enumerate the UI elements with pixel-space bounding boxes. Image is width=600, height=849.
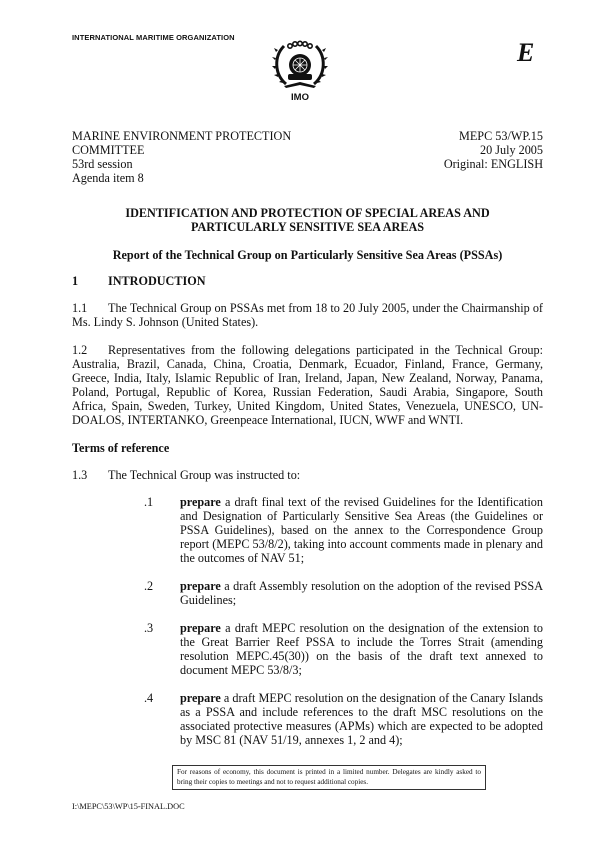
list-item: .2 prepare a draft Assembly resolution o… [144,579,543,607]
item-number: .4 [144,691,153,705]
language-code: E [517,38,534,68]
list-item: .1 prepare a draft final text of the rev… [144,495,543,565]
paragraph-number: 1.3 [72,468,108,482]
original-language: Original: ENGLISH [444,157,543,171]
paragraph-1-1: 1.1The Technical Group on PSSAs met from… [72,301,543,329]
section-heading: 1INTRODUCTION [72,274,206,289]
item-verb: prepare [180,495,221,509]
list-item: .4 prepare a draft MEPC resolution on th… [144,691,543,747]
terms-of-reference-heading: Terms of reference [72,441,169,456]
agenda-item: Agenda item 8 [72,171,291,185]
item-text: a draft final text of the revised Guidel… [180,495,543,565]
list-item: .3 prepare a draft MEPC resolution on th… [144,621,543,677]
document-date: 20 July 2005 [444,143,543,157]
committee-name-line2: COMMITTEE [72,143,291,157]
section-title: INTRODUCTION [108,274,206,288]
item-number: .1 [144,495,153,509]
committee-block: MARINE ENVIRONMENT PROTECTION COMMITTEE … [72,129,291,185]
section-number: 1 [72,274,108,289]
committee-name-line1: MARINE ENVIRONMENT PROTECTION [72,129,291,143]
item-verb: prepare [180,579,221,593]
title-line1: IDENTIFICATION AND PROTECTION OF SPECIAL… [72,206,543,220]
imo-emblem-icon [270,34,330,94]
paragraph-number: 1.1 [72,301,108,315]
paragraph-1-3: 1.3The Technical Group was instructed to… [72,468,543,482]
item-text: a draft MEPC resolution on the designati… [180,691,543,747]
item-text: a draft MEPC resolution on the designati… [180,621,543,677]
organization-name: INTERNATIONAL MARITIME ORGANIZATION [72,33,235,42]
paragraph-text: The Technical Group was instructed to: [108,468,300,482]
paragraph-text: The Technical Group on PSSAs met from 18… [72,301,543,329]
paragraph-1-2: 1.2Representatives from the following de… [72,343,543,427]
item-number: .2 [144,579,153,593]
imo-logo-label: IMO [280,92,320,103]
document-title: IDENTIFICATION AND PROTECTION OF SPECIAL… [72,206,543,234]
item-number: .3 [144,621,153,635]
economy-notice-box: For reasons of economy, this document is… [172,765,486,790]
file-path-footer: I:\MEPC\53\WP\15-FINAL.DOC [72,802,185,811]
item-text: a draft Assembly resolution on the adopt… [180,579,543,607]
paragraph-text: Representatives from the following deleg… [72,343,543,427]
paragraph-number: 1.2 [72,343,108,357]
session: 53rd session [72,157,291,171]
document-info-block: MEPC 53/WP.15 20 July 2005 Original: ENG… [444,129,543,171]
title-line2: PARTICULARLY SENSITIVE SEA AREAS [72,220,543,234]
item-verb: prepare [180,621,221,635]
item-verb: prepare [180,691,221,705]
document-subtitle: Report of the Technical Group on Particu… [72,248,543,263]
document-symbol: MEPC 53/WP.15 [444,129,543,143]
